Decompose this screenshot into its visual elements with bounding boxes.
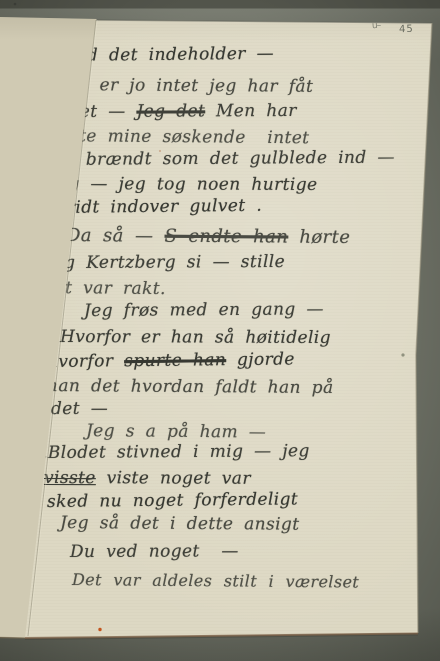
handwritten-text: Hvorfor er han så høitidelig [60, 327, 331, 348]
manuscript-line: Du ved noget — [70, 543, 239, 561]
manuscript-line: hvorfor spurte han gjorde [47, 351, 295, 371]
crossed-out-text: spurte han [124, 350, 226, 371]
manuscript-line: Jeg s a på ham — [86, 423, 266, 442]
handwritten-text: tante mine søskende intet [50, 126, 310, 148]
manuscript-line: det — [51, 401, 108, 418]
handwritten-text: ,Blodet stivned i mig — jeg [42, 441, 310, 463]
handwritten-text: var brændt som det gulblede ind — [46, 147, 406, 170]
handwritten-text: han det hvordan faldt han på [47, 376, 334, 398]
crossed-out-text: visste [44, 468, 96, 488]
manuscript-line: Da så — S endte han hørte [66, 227, 350, 247]
manuscript-line: lånet — Jeg det Men har [52, 103, 297, 121]
crossed-out-text: Jeg det [136, 101, 205, 121]
handwritten-text: viste noget var [96, 468, 251, 489]
manuscript-line: tante mine søskende intet [50, 128, 310, 147]
manuscript-line: Det var aldeles stilt i værelset [72, 572, 359, 591]
manuscript-line: skridt indover gulvet . [47, 198, 262, 217]
handwritten-text: Jeg s a på ham — [86, 421, 266, 443]
manuscript-line: Hvorfor er han så høitidelig [60, 329, 331, 347]
manuscript-line: Jeg frøs med en gang — [84, 301, 324, 320]
handwritten-text: Men har [205, 101, 297, 121]
manuscript-line: visste viste noget var [44, 470, 251, 488]
handwritten-text: skridt indover gulvet . [47, 196, 262, 218]
manuscript-line: var brændt som det gulblede ind — [46, 149, 406, 169]
handwritten-text: gjorde [226, 349, 295, 370]
handwritten-text: det — [51, 399, 108, 419]
handwritten-text: mig — jeg tog noen hurtige [46, 174, 318, 195]
manuscript-line: Det er jo intet jeg har fåt [57, 77, 313, 96]
handwritten-text: Jeg så det i dette ansigt [60, 513, 300, 535]
handwritten-text: hvorfor [47, 351, 124, 372]
manuscript-line: sked nu noget forferdeligt [47, 491, 298, 511]
manuscript-line: jeg Kertzberg si — stille [48, 254, 285, 272]
handwritten-text: sked nu noget forferdeligt [47, 489, 298, 512]
handwritten-text: Det er jo intet jeg har fåt [57, 75, 313, 97]
crossed-out-text: S endte han [164, 226, 288, 248]
handwritten-text: hørte [288, 227, 350, 248]
handwritten-text: Du ved noget — [70, 541, 239, 562]
handwritten-text: Jeg frøs med en gang — [84, 299, 324, 321]
manuscript-line: ,Blodet stivned i mig — jeg [42, 443, 310, 462]
handwritten-text: jeg Kertzberg si — stille [48, 252, 285, 273]
manuscript-line: Jeg så det i dette ansigt [60, 515, 300, 534]
manuscript-line: mig — jeg tog noen hurtige [46, 176, 318, 194]
scanned-manuscript: u– 45 hvad det indeholder —Det er jo int… [0, 0, 440, 661]
manuscript-line: han det hvordan faldt han på [47, 378, 334, 397]
handwritten-text: Det var aldeles stilt i værelset [72, 570, 359, 592]
handwritten-text: Da så — [66, 225, 165, 247]
